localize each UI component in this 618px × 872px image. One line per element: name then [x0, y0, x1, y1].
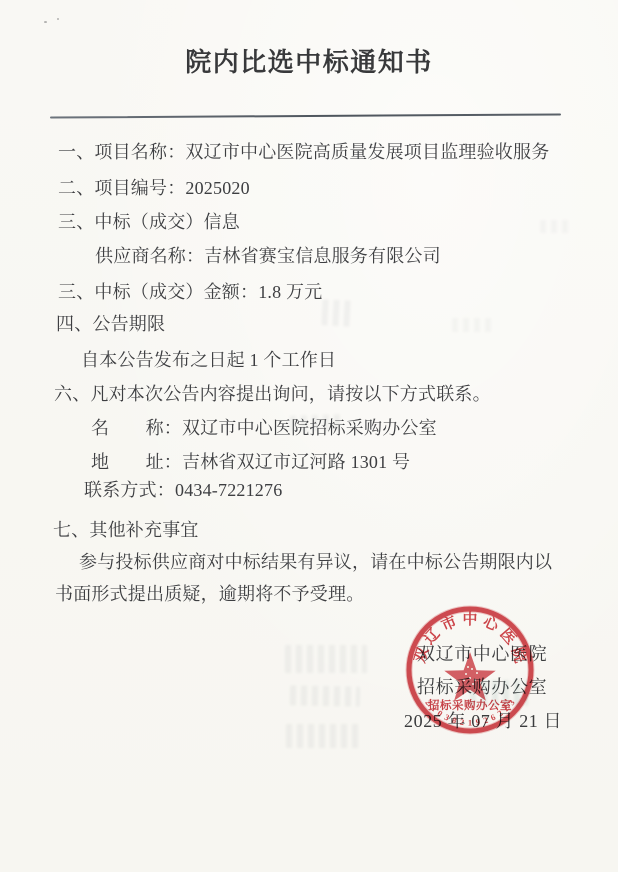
- line-project-name: 一、项目名称：双辽市中心医院高质量发展项目监理验收服务: [58, 142, 549, 163]
- line-other-matters-heading: 七、其他补充事宜: [53, 520, 199, 541]
- line-objection-paragraph-1: 参与投标供应商对中标结果有异议，请在中标公告期限内以: [79, 552, 552, 573]
- svg-text:2: 2: [459, 717, 465, 728]
- svg-text:9: 9: [475, 717, 481, 728]
- line-announcement-period-heading: 四、公告期限: [56, 314, 165, 335]
- page-title: 院内比选中标通知书: [0, 42, 618, 79]
- line-supplier-name: 供应商名称：吉林省赛宝信息服务有限公司: [95, 246, 441, 267]
- line-award-amount: 三、中标（成交）金额：1.8 万元: [58, 282, 322, 303]
- line-contact-name: 名 称：双辽市中心医院招标采购办公室: [91, 418, 437, 439]
- line-award-info-heading: 三、中标（成交）信息: [58, 212, 240, 233]
- line-inquiry-contact-heading: 六、凡对本次公告内容提出询问，请按以下方式联系。: [54, 384, 491, 405]
- line-contact-phone: 联系方式：0434-7221276: [84, 480, 282, 501]
- bleed-through-mark: [540, 220, 570, 233]
- svg-text:2: 2: [482, 715, 489, 726]
- svg-text:8: 8: [451, 715, 458, 726]
- scan-speck: [57, 18, 59, 20]
- bleed-through-mark: [290, 685, 360, 706]
- bleed-through-mark: [285, 645, 367, 673]
- official-seal-stamp: 双辽市中心医院 招标采购办公室 2203821926223: [394, 594, 546, 746]
- bleed-through-mark: [286, 724, 362, 748]
- scanned-award-notice-page: 院内比选中标通知书 一、项目名称：双辽市中心医院高质量发展项目监理验收服务 二、…: [0, 0, 618, 872]
- title-divider-line: [50, 113, 561, 118]
- line-announcement-period: 自本公告发布之日起 1 个工作日: [81, 350, 336, 371]
- svg-text:3: 3: [443, 712, 451, 723]
- line-contact-address: 地 址：吉林省双辽市辽河路 1301 号: [91, 452, 410, 473]
- line-project-number: 二、项目编号：2025020: [58, 178, 250, 199]
- svg-text:1: 1: [468, 718, 472, 728]
- bleed-through-mark: [290, 414, 346, 432]
- svg-text:中: 中: [462, 611, 477, 628]
- stamp-star-icon: [444, 652, 495, 701]
- scan-speck: [44, 21, 47, 23]
- bleed-through-mark: [321, 299, 352, 327]
- bleed-through-mark: [452, 318, 492, 332]
- svg-text:6: 6: [489, 712, 497, 723]
- line-objection-paragraph-2: 书面形式提出质疑，逾期将不予受理。: [55, 584, 364, 605]
